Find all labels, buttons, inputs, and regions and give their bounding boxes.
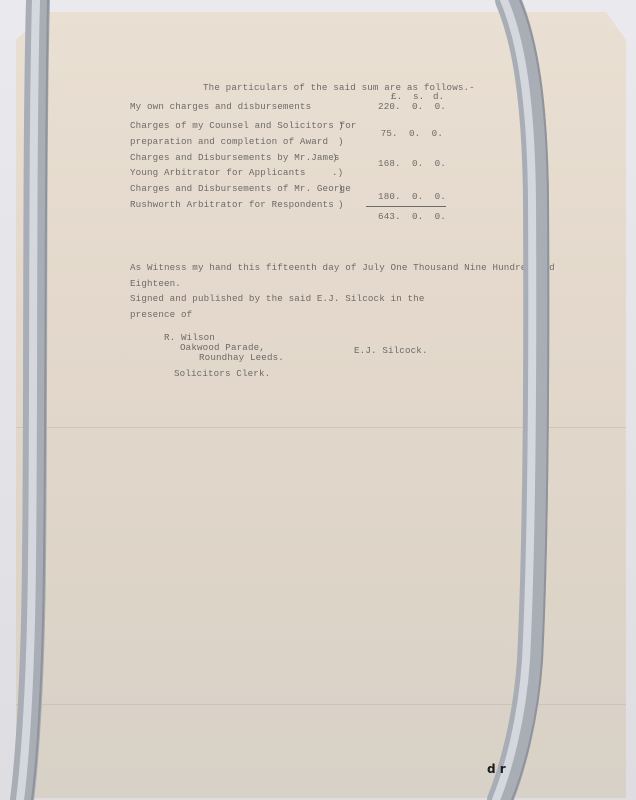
bracket: )	[338, 120, 344, 131]
ribbon-label: d r	[487, 762, 506, 776]
bracket: )	[338, 183, 344, 194]
bracket: )	[338, 136, 344, 147]
witness-text: Eighteen.	[130, 278, 181, 289]
item-amount: 75. 0. 0.	[381, 128, 443, 139]
witness-text: Signed and published by the said E.J. Si…	[130, 293, 425, 304]
item-description: Charges of my Counsel and Solicitors for	[130, 120, 357, 131]
witness-text: As Witness my hand this fifteenth day of…	[130, 262, 555, 273]
witness-text: presence of	[130, 309, 192, 320]
total-amount: 643. 0. 0.	[378, 211, 446, 222]
item-description: Young Arbitrator for Applicants	[130, 167, 306, 178]
total-rule	[366, 206, 446, 207]
item-amount: 220. 0. 0.	[378, 101, 446, 112]
signatory-name: E.J. Silcock.	[354, 345, 428, 356]
bracket: )	[332, 152, 338, 163]
item-description: Charges and Disbursements of Mr. George	[130, 183, 351, 194]
item-description: Rushworth Arbitrator for Respondents	[130, 199, 334, 210]
typed-document: The particulars of the said sum are as f…	[0, 0, 636, 800]
bracket: )	[338, 199, 344, 210]
item-amount: 180. 0. 0.	[378, 191, 446, 202]
item-description: My own charges and disbursements	[130, 101, 311, 112]
bracket: .)	[332, 167, 343, 178]
witness-address: Roundhay Leeds.	[199, 352, 284, 363]
item-amount: 168. 0. 0.	[378, 158, 446, 169]
witness-title: Solicitors Clerk.	[174, 368, 270, 379]
item-description: preparation and completion of Award	[130, 136, 328, 147]
item-description: Charges and Disbursements by Mr.James	[130, 152, 340, 163]
